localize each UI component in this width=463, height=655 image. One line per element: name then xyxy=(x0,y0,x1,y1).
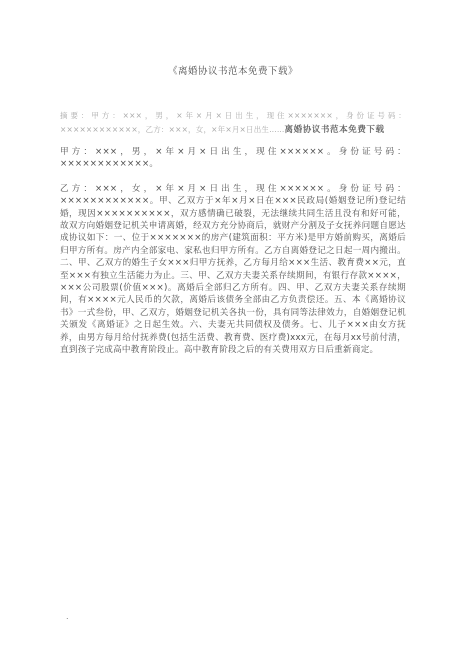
document-page: 《离婚协议书范本免费下载》 摘要：甲方：×××，男，×年×月×日出生，现住×××… xyxy=(0,0,463,655)
download-title-text: 离婚协议书范本免费下载 xyxy=(285,125,385,135)
document-content: 《离婚协议书范本免费下载》 摘要：甲方：×××，男，×年×月×日出生，现住×××… xyxy=(60,66,406,357)
abstract-summary: 摘要：甲方：×××，男，×年×月×日出生，现住×××××××，身份证号码：×××… xyxy=(60,109,406,137)
agreement-terms-paragraph: 乙方：×××，女，×年×月×日出生，现住××××××。身份证号码：×××××××… xyxy=(60,183,406,357)
footer-period-mark: . xyxy=(66,612,69,621)
page-title: 《离婚协议书范本免费下载》 xyxy=(60,66,406,78)
agreement-body: 甲方：×××，男，×年×月×日出生，现住××××××。身份证号码：×××××××… xyxy=(60,146,406,357)
party-a-paragraph: 甲方：×××，男，×年×月×日出生，现住××××××。身份证号码：×××××××… xyxy=(60,146,406,171)
